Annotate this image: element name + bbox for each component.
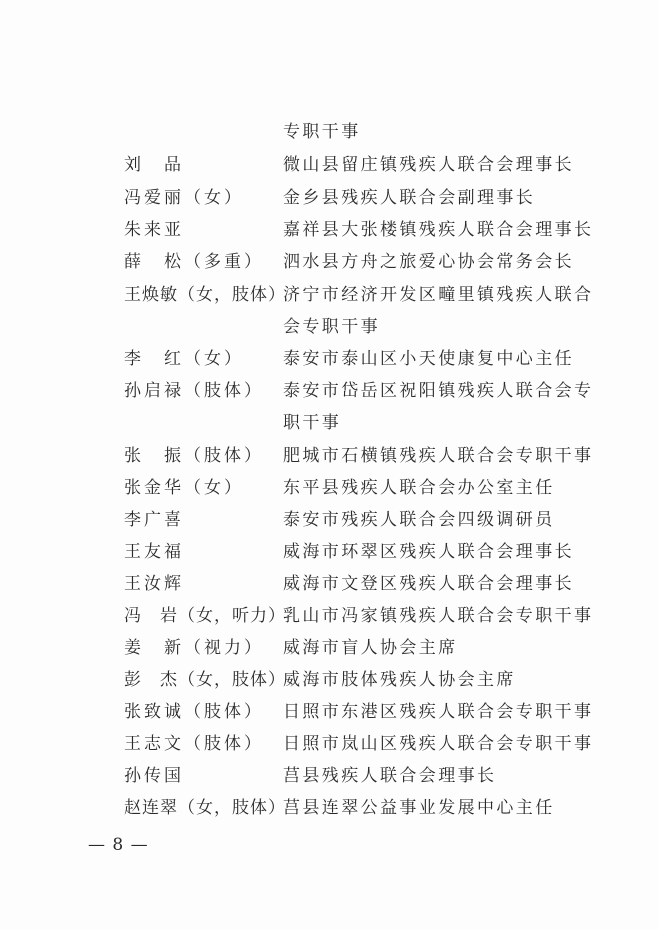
list-item: 王友福威海市环翠区残疾人联合会理事长 xyxy=(0,537,658,567)
person-title: 莒县残疾人联合会理事长 xyxy=(283,761,496,791)
person-title: 乳山市冯家镇残疾人联合会专职干事 xyxy=(283,601,593,631)
person-title: 嘉祥县大张楼镇残疾人联合会理事长 xyxy=(283,215,593,245)
list-item: 王焕敏（女，肢体）济宁市经济开发区疃里镇残疾人联合 xyxy=(0,280,658,310)
person-name: 王志文（肢体） xyxy=(124,729,264,759)
person-title: 日照市岚山区残疾人联合会专职干事 xyxy=(283,729,593,759)
list-item: 孙启禄（肢体）泰安市岱岳区祝阳镇残疾人联合会专 xyxy=(0,376,658,406)
list-item: 李广喜泰安市残疾人联合会四级调研员 xyxy=(0,505,658,535)
person-title: 专职干事 xyxy=(283,117,361,147)
person-title: 金乡县残疾人联合会副理事长 xyxy=(283,183,535,213)
list-item: 刘 品微山县留庄镇残疾人联合会理事长 xyxy=(0,150,658,180)
person-title: 日照市东港区残疾人联合会专职干事 xyxy=(283,697,593,727)
person-title: 职干事 xyxy=(283,408,341,438)
list-item: 职干事 xyxy=(0,408,658,438)
person-name: 张致诚（肢体） xyxy=(124,697,264,727)
person-title: 微山县留庄镇残疾人联合会理事长 xyxy=(283,150,574,180)
list-item: 王志文（肢体）日照市岚山区残疾人联合会专职干事 xyxy=(0,729,658,759)
list-item: 赵连翠（女，肢体）莒县连翠公益事业发展中心主任 xyxy=(0,793,658,823)
person-title: 莒县连翠公益事业发展中心主任 xyxy=(283,793,555,823)
person-name: 薛 松（多重） xyxy=(124,247,264,277)
person-name: 孙启禄（肢体） xyxy=(124,376,264,406)
person-title: 泗水县方舟之旅爱心协会常务会长 xyxy=(283,247,574,277)
list-item: 彭 杰（女，肢体）威海市肢体残疾人协会主席 xyxy=(0,665,658,695)
person-title: 泰安市残疾人联合会四级调研员 xyxy=(283,505,555,535)
person-title: 会专职干事 xyxy=(283,312,380,342)
person-name: 王汝辉 xyxy=(124,569,184,599)
person-name: 刘 品 xyxy=(124,150,184,180)
list-item: 李 红（女）泰安市泰山区小天使康复中心主任 xyxy=(0,344,658,374)
list-item: 张金华（女）东平县残疾人联合会办公室主任 xyxy=(0,473,658,503)
person-name: 张 振（肢体） xyxy=(124,441,264,471)
page-number: — 8 — xyxy=(88,830,149,860)
list-item: 冯 岩（女，听力）乳山市冯家镇残疾人联合会专职干事 xyxy=(0,601,658,631)
person-name: 冯 岩（女，听力） xyxy=(124,601,286,631)
person-title: 威海市肢体残疾人协会主席 xyxy=(283,665,516,695)
list-item: 朱来亚嘉祥县大张楼镇残疾人联合会理事长 xyxy=(0,215,658,245)
person-name: 王友福 xyxy=(124,537,184,567)
person-name: 冯爱丽（女） xyxy=(124,183,244,213)
person-name: 李广喜 xyxy=(124,505,184,535)
list-item: 张致诚（肢体）日照市东港区残疾人联合会专职干事 xyxy=(0,697,658,727)
list-item: 王汝辉威海市文登区残疾人联合会理事长 xyxy=(0,569,658,599)
person-name: 朱来亚 xyxy=(124,215,184,245)
person-name: 张金华（女） xyxy=(124,473,244,503)
list-item: 冯爱丽（女）金乡县残疾人联合会副理事长 xyxy=(0,183,658,213)
person-name: 王焕敏（女，肢体） xyxy=(124,280,286,310)
person-title: 东平县残疾人联合会办公室主任 xyxy=(283,473,555,503)
person-title: 泰安市泰山区小天使康复中心主任 xyxy=(283,344,574,374)
list-item: 姜 新（视力）威海市盲人协会主席 xyxy=(0,633,658,663)
list-item: 薛 松（多重）泗水县方舟之旅爱心协会常务会长 xyxy=(0,247,658,277)
person-title: 威海市环翠区残疾人联合会理事长 xyxy=(283,537,574,567)
list-item: 会专职干事 xyxy=(0,312,658,342)
person-name: 赵连翠（女，肢体） xyxy=(124,793,286,823)
person-title: 威海市盲人协会主席 xyxy=(283,633,458,663)
person-title: 济宁市经济开发区疃里镇残疾人联合 xyxy=(283,280,593,310)
person-title: 威海市文登区残疾人联合会理事长 xyxy=(283,569,574,599)
person-name: 彭 杰（女，肢体） xyxy=(124,665,286,695)
person-name: 姜 新（视力） xyxy=(124,633,264,663)
person-title: 泰安市岱岳区祝阳镇残疾人联合会专 xyxy=(283,376,593,406)
person-name: 孙传国 xyxy=(124,761,184,791)
list-item: 专职干事 xyxy=(0,117,658,147)
document-page: 专职干事 刘 品微山县留庄镇残疾人联合会理事长 冯爱丽（女）金乡县残疾人联合会副… xyxy=(0,0,658,930)
person-name: 李 红（女） xyxy=(124,344,244,374)
list-item: 张 振（肢体）肥城市石横镇残疾人联合会专职干事 xyxy=(0,441,658,471)
list-item: 孙传国莒县残疾人联合会理事长 xyxy=(0,761,658,791)
person-title: 肥城市石横镇残疾人联合会专职干事 xyxy=(283,441,593,471)
